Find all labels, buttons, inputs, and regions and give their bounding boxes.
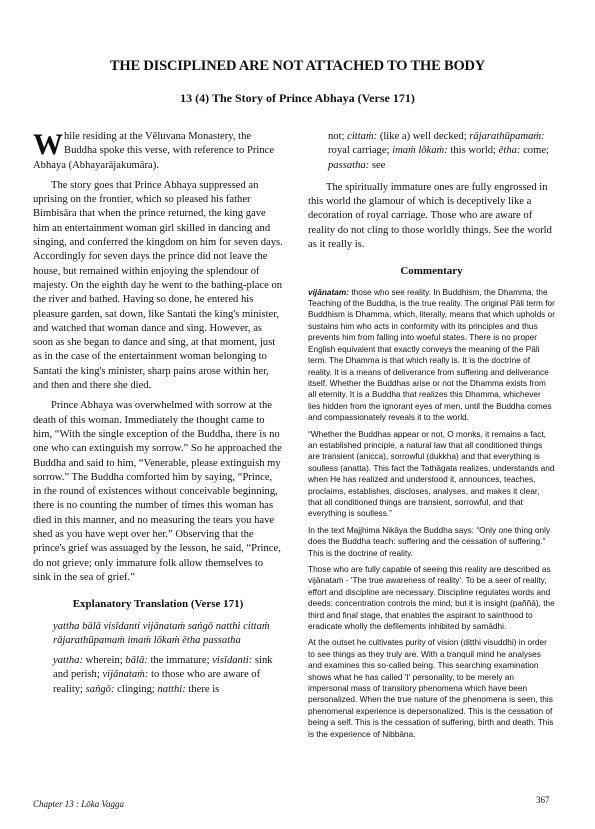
commentary-heading: Commentary [308, 264, 555, 278]
commentary-paragraph-5: At the outset he cultivates purity of vi… [308, 637, 555, 740]
drop-cap: W [33, 132, 63, 158]
commentary-paragraph-3: In the text Majjhima Nikāya the Buddha s… [308, 525, 555, 559]
word-glosses-part-1: yattha: wherein; bālā: the immature; vis… [53, 654, 283, 697]
translation-heading: Explanatory Translation (Verse 171) [33, 597, 283, 611]
left-column: While residing at the Vēluvana Monastery… [33, 130, 283, 703]
story-paragraph-3: Prince Abhaya was overwhelmed with sorro… [33, 399, 283, 585]
page-number: 367 [536, 795, 550, 805]
story-paragraph-2: The story goes that Prince Abhaya suppre… [33, 179, 283, 393]
commentary-paragraph-1: vijānatam: those who see reality. In Bud… [308, 287, 555, 424]
pali-verse: yattha bālā visīdanti vijānataṁ saṅgō na… [53, 620, 283, 649]
word-glosses-part-2: not; cittaṁ: (like a) well decked; rājar… [328, 130, 555, 173]
commentary-paragraph-2: “Whether the Buddhas appear or not, O mo… [308, 429, 555, 520]
commentary-paragraph-4: Those who are fully capable of seeing th… [308, 564, 555, 632]
commentary-body: vijānatam: those who see reality. In Bud… [308, 287, 555, 740]
right-column: not; cittaṁ: (like a) well decked; rājar… [308, 130, 555, 745]
story-subtitle: 13 (4) The Story of Prince Abhaya (Verse… [0, 91, 595, 106]
story-paragraph-1: While residing at the Vēluvana Monastery… [33, 130, 283, 173]
chapter-footer: Chapter 13 : Lōka Vagga [33, 799, 124, 809]
translation-explanation: The spiritually immature ones are fully … [308, 181, 555, 252]
page-title: THE DISCIPLINED ARE NOT ATTACHED TO THE … [0, 58, 595, 75]
